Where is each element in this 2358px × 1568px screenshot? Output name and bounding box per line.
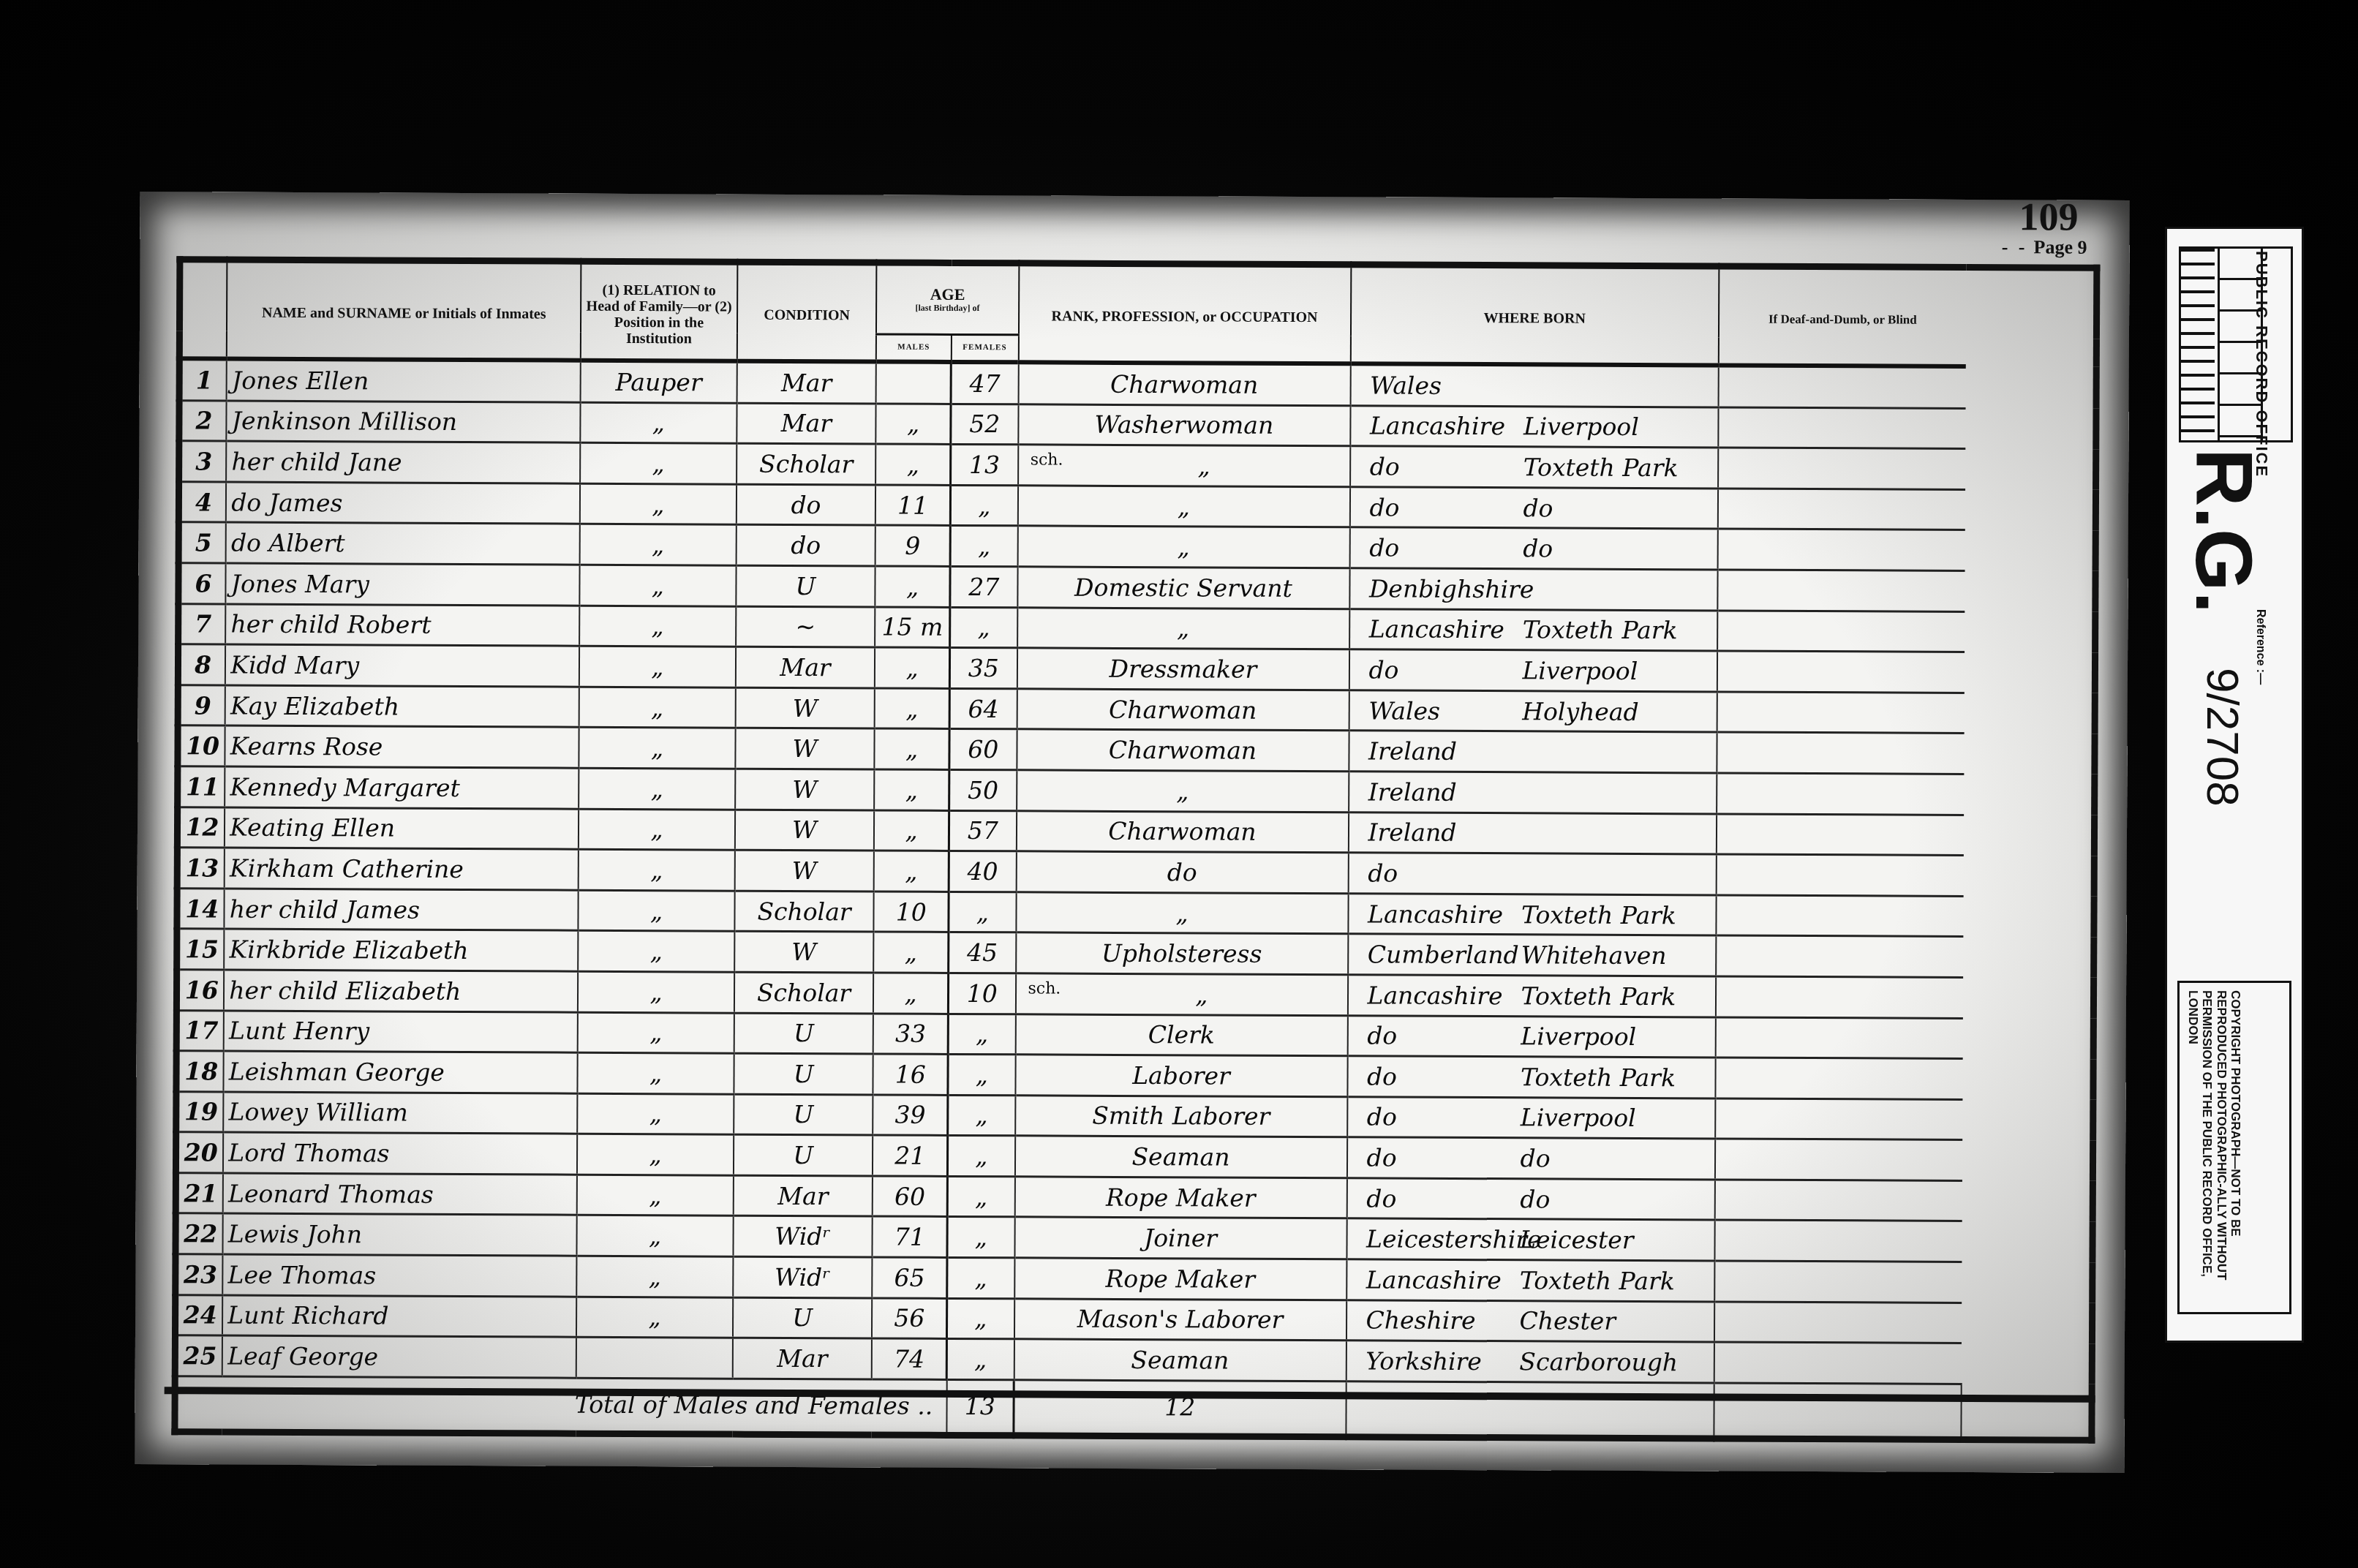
age-female: „ <box>947 1257 1014 1298</box>
where-born: doToxteth Park <box>1347 1056 1715 1098</box>
age-female: 27 <box>950 566 1017 607</box>
where-born: doLiverpool <box>1349 649 1717 692</box>
birth-county: do <box>1352 1103 1521 1132</box>
birth-place: Holyhead <box>1522 697 1639 726</box>
row-number: 23 <box>176 1254 223 1295</box>
row-number: 7 <box>178 603 226 644</box>
birth-place: Toxteth Park <box>1520 1266 1675 1295</box>
age-female: „ <box>946 1339 1014 1380</box>
condition: W <box>735 769 875 810</box>
row-number: 6 <box>178 563 226 604</box>
birth-county: do <box>1355 493 1523 522</box>
header-where-born: WHERE BORN <box>1350 265 1719 366</box>
age-female: 52 <box>951 404 1018 445</box>
inmate-name: Jones Mary <box>226 563 580 606</box>
occupation: Domestic Servant <box>1017 567 1349 609</box>
relation: „ <box>576 1297 733 1338</box>
header-row-number <box>179 260 227 359</box>
age-male: 60 <box>873 1176 948 1217</box>
row-number: 5 <box>178 522 226 563</box>
row-number: 17 <box>176 1010 224 1051</box>
inmate-name: Kirkham Catherine <box>225 848 579 890</box>
condition: U <box>733 1297 873 1338</box>
deaf-blind <box>1717 651 1965 693</box>
where-born: Ireland <box>1348 812 1716 854</box>
relation: „ <box>579 687 736 728</box>
age-female: 35 <box>950 648 1017 689</box>
relation: „ <box>579 606 736 647</box>
age-female: „ <box>949 892 1016 932</box>
series-code: R.G. <box>2183 448 2264 614</box>
birth-place: Chester <box>1520 1307 1616 1336</box>
birth-place: do <box>1523 494 1553 522</box>
age-female: 47 <box>951 362 1018 404</box>
occupation: do <box>1016 851 1348 894</box>
where-born: doLiverpool <box>1347 1096 1715 1139</box>
relation: „ <box>576 1256 733 1297</box>
deaf-blind <box>1717 570 1965 611</box>
age-female: 13 <box>951 445 1018 486</box>
occupation: sch.„ <box>1015 973 1347 1016</box>
birth-county: Lancashire <box>1352 981 1521 1010</box>
occupation: Charwoman <box>1018 362 1350 405</box>
age-male: „ <box>875 566 951 607</box>
scholar-mark: sch. <box>1028 979 1061 998</box>
condition: Mar <box>733 1338 873 1379</box>
age-male: „ <box>873 932 949 973</box>
where-born: LancashireToxteth Park <box>1346 1259 1714 1302</box>
condition: Widʳ <box>733 1256 873 1297</box>
birth-county: Ireland <box>1353 818 1521 848</box>
birth-county: Denbighshire <box>1355 574 1523 603</box>
occupation: Dressmaker <box>1017 648 1349 690</box>
relation: „ <box>579 728 735 769</box>
age-male: 74 <box>872 1338 947 1379</box>
age-female: 50 <box>949 769 1017 810</box>
totals-label: Total of Males and Females .. <box>175 1376 946 1436</box>
occupation: Charwoman <box>1017 689 1349 731</box>
birth-place: Liverpool <box>1521 1022 1636 1052</box>
where-born: LancashireToxteth Park <box>1349 608 1717 651</box>
census-rows: 1Jones EllenPauperMar47CharwomanWales2Je… <box>175 358 2096 1384</box>
relation: „ <box>579 849 735 891</box>
folio-number: 109 <box>2019 194 2079 239</box>
where-born: dodo <box>1349 527 1717 570</box>
occupation: sch.„ <box>1018 445 1350 487</box>
condition: do <box>737 484 876 525</box>
condition: Mar <box>736 647 875 687</box>
age-male: „ <box>876 404 952 445</box>
birth-place: do <box>1520 1185 1550 1213</box>
where-born: dodo <box>1349 487 1717 529</box>
header-age: AGE [last Birthday] of <box>876 263 1019 334</box>
birth-county: do <box>1352 1184 1520 1213</box>
age-female: 60 <box>949 729 1017 770</box>
where-born: dodo <box>1346 1137 1714 1180</box>
relation <box>576 1337 733 1379</box>
inmate-name: Leonard Thomas <box>223 1173 577 1215</box>
condition: Mar <box>734 1175 873 1216</box>
occupation: „ <box>1016 892 1348 935</box>
birth-county: do <box>1353 859 1521 888</box>
age-male: 10 <box>874 892 949 932</box>
age-female: 45 <box>949 932 1016 973</box>
birth-county: Ireland <box>1354 736 1522 766</box>
age-male: 71 <box>873 1216 948 1257</box>
where-born: Ireland <box>1349 731 1717 773</box>
birth-place: Toxteth Park <box>1521 1063 1676 1092</box>
birth-county: Lancashire <box>1355 615 1523 644</box>
age-male: „ <box>874 851 949 892</box>
deaf-blind <box>1715 1017 1963 1058</box>
scholar-mark: sch. <box>1031 451 1063 469</box>
where-born: WalesHolyhead <box>1349 690 1717 733</box>
occupation: „ <box>1017 486 1349 528</box>
birth-place: Liverpool <box>1522 656 1638 685</box>
ruler-ticks <box>2181 249 2215 440</box>
occupation: Clerk <box>1015 1014 1347 1056</box>
deaf-blind <box>1715 1139 1963 1180</box>
birth-county: do <box>1352 1143 1520 1172</box>
row-number: 11 <box>178 766 225 807</box>
deaf-blind <box>1718 365 1966 408</box>
occupation: Rope Maker <box>1014 1177 1346 1219</box>
deaf-blind <box>1718 448 1966 489</box>
inmate-name: Lee Thomas <box>223 1254 577 1297</box>
occupation: Joiner <box>1014 1217 1346 1259</box>
inmate-name: her child James <box>225 889 579 931</box>
inmate-name: Lewis John <box>223 1214 577 1256</box>
deaf-blind <box>1718 407 1966 449</box>
relation: „ <box>578 1052 734 1094</box>
age-female: „ <box>947 1298 1014 1339</box>
birth-place: Liverpool <box>1521 1104 1636 1133</box>
birth-county: Lancashire <box>1353 900 1521 929</box>
occupation: Washerwoman <box>1018 404 1350 446</box>
birth-county: Cheshire <box>1352 1306 1520 1335</box>
header-row: NAME and SURNAME or Initials of Inmates … <box>179 260 2096 339</box>
census-table: NAME and SURNAME or Initials of Inmates … <box>171 256 2100 1443</box>
deaf-blind <box>1717 814 1965 856</box>
total-males: 13 <box>946 1379 1014 1435</box>
where-born: Wales <box>1350 363 1718 407</box>
inmate-name: Lowey William <box>224 1092 578 1134</box>
where-born: do <box>1348 853 1716 895</box>
deaf-blind <box>1717 773 1965 815</box>
row-number: 4 <box>178 482 226 523</box>
header-males: MALES <box>876 334 952 362</box>
relation: „ <box>578 890 734 932</box>
row-number: 13 <box>177 848 225 889</box>
inmate-name: her child Robert <box>225 604 579 647</box>
relation: „ <box>579 565 736 606</box>
inmate-name: do James <box>226 482 580 524</box>
deaf-blind <box>1716 854 1964 896</box>
occupation: Mason's Laborer <box>1014 1298 1346 1341</box>
occupation: Seaman <box>1014 1136 1346 1178</box>
header-name: NAME and SURNAME or Initials of Inmates <box>227 260 581 361</box>
deaf-blind <box>1717 489 1965 530</box>
relation: „ <box>577 1093 734 1135</box>
totals-row: Total of Males and Females .. 13 12 <box>175 1376 2092 1440</box>
relation: „ <box>577 1215 734 1257</box>
age-male: 39 <box>873 1095 948 1136</box>
age-male: 65 <box>872 1257 947 1298</box>
copyright-notice: COPYRIGHT PHOTOGRAPH—NOT TO BE REPRODUCE… <box>2177 981 2291 1314</box>
age-female: „ <box>947 1176 1014 1217</box>
row-number: 15 <box>177 929 225 970</box>
birth-county: do <box>1355 533 1523 562</box>
occupation: Rope Maker <box>1014 1258 1346 1300</box>
inmate-name: Lunt Henry <box>224 1011 578 1053</box>
inmate-name: Leishman George <box>224 1051 578 1093</box>
row-number: 14 <box>177 889 225 930</box>
age-male: 9 <box>875 525 951 566</box>
piece-number: 9/2708 <box>2196 668 2248 807</box>
condition: Scholar <box>734 972 874 1013</box>
relation: „ <box>580 402 737 444</box>
row-number: 3 <box>179 441 227 482</box>
where-born: LancashireLiverpool <box>1350 405 1718 448</box>
where-born: YorkshireScarborough <box>1346 1341 1714 1383</box>
relation: „ <box>580 483 737 525</box>
age-male: 56 <box>872 1298 947 1339</box>
relation: „ <box>578 1012 734 1054</box>
relation: Pauper <box>581 361 737 403</box>
where-born: LancashireToxteth Park <box>1347 975 1715 1017</box>
where-born: LeicestershireLeicester <box>1346 1218 1714 1261</box>
row-number: 1 <box>179 358 227 400</box>
inmate-name: Keating Ellen <box>225 807 579 850</box>
inmate-name: Jones Ellen <box>227 359 581 402</box>
inmate-name: Kennedy Margaret <box>225 766 579 809</box>
birth-place: Toxteth Park <box>1521 900 1676 930</box>
where-born: dodo <box>1346 1178 1714 1221</box>
age-female: 57 <box>949 810 1017 851</box>
age-male: „ <box>875 688 950 729</box>
inmate-name: her child Jane <box>226 441 580 483</box>
inmate-name: Leaf George <box>222 1335 576 1378</box>
deaf-blind <box>1715 1098 1963 1140</box>
row-number: 9 <box>178 685 225 726</box>
inmate-name: Lunt Richard <box>222 1295 576 1338</box>
age-female: „ <box>950 607 1017 648</box>
header-occupation: RANK, PROFESSION, or OCCUPATION <box>1018 263 1351 363</box>
condition: W <box>735 810 875 851</box>
age-male: 15 m <box>875 607 950 648</box>
deaf-blind <box>1714 1220 1962 1262</box>
age-female: 10 <box>949 973 1016 1014</box>
birth-county: Yorkshire <box>1351 1346 1519 1376</box>
row-number: 20 <box>176 1132 223 1173</box>
deaf-blind <box>1717 529 1965 570</box>
condition: U <box>734 1094 873 1135</box>
birth-county: Wales <box>1354 696 1522 725</box>
age-female: „ <box>948 1095 1015 1136</box>
total-females: 12 <box>1014 1380 1346 1437</box>
age-female: „ <box>950 526 1017 567</box>
age-female: „ <box>948 1136 1015 1177</box>
where-born: LancashireToxteth Park <box>1348 894 1716 936</box>
where-born: Denbighshire <box>1349 568 1717 611</box>
deaf-blind <box>1715 1058 1963 1099</box>
reference-label: Reference :— <box>2253 609 2267 685</box>
age-female: „ <box>950 485 1017 526</box>
birth-place: Toxteth Park <box>1523 453 1679 482</box>
row-number: 21 <box>176 1173 223 1214</box>
age-male: „ <box>875 444 951 485</box>
header-condition: CONDITION <box>737 262 877 361</box>
deaf-blind <box>1716 895 1964 937</box>
birth-county: Lancashire <box>1355 412 1523 441</box>
condition: Mar <box>737 403 876 444</box>
birth-place: Scarborough <box>1519 1347 1678 1376</box>
archive-office-name: PUBLIC RECORD OFFICE <box>2252 251 2271 478</box>
condition: W <box>736 687 875 728</box>
inmate-name: Lord Thomas <box>223 1132 577 1175</box>
age-male: 16 <box>873 1054 949 1095</box>
age-male: „ <box>875 728 950 769</box>
age-male: „ <box>874 769 949 810</box>
relation: „ <box>577 1175 734 1216</box>
relation: „ <box>578 931 734 973</box>
row-number: 24 <box>175 1294 222 1335</box>
relation: „ <box>579 646 736 687</box>
header-relation: (1) RELATION to Head of Family—or (2) Po… <box>581 261 737 361</box>
row-number: 18 <box>176 1051 224 1092</box>
condition: Scholar <box>734 891 874 932</box>
occupation: Laborer <box>1015 1055 1347 1097</box>
birth-place: Leicester <box>1520 1226 1634 1255</box>
deaf-blind <box>1717 692 1965 734</box>
inmate-name: Kidd Mary <box>225 644 579 687</box>
inmate-name: her child Elizabeth <box>224 970 578 1012</box>
birth-county: do <box>1352 1022 1521 1051</box>
age-female: „ <box>948 1014 1015 1055</box>
age-male: „ <box>875 647 950 688</box>
age-male: 11 <box>875 485 951 526</box>
row-number: 2 <box>179 400 227 441</box>
birth-county: Wales <box>1355 371 1523 400</box>
where-born: CheshireChester <box>1346 1300 1714 1342</box>
deaf-blind <box>1716 935 1964 977</box>
condition: W <box>735 728 875 769</box>
deaf-blind <box>1714 1180 1962 1221</box>
condition: U <box>736 565 875 606</box>
birth-place: do <box>1523 534 1553 562</box>
condition: do <box>736 525 875 566</box>
birth-county: do <box>1352 1062 1521 1091</box>
occupation: „ <box>1017 526 1349 568</box>
birth-place: Liverpool <box>1523 412 1639 442</box>
condition: Widʳ <box>733 1216 873 1257</box>
birth-place: Toxteth Park <box>1521 981 1676 1011</box>
age-male: „ <box>874 810 949 851</box>
birth-place: do <box>1520 1144 1550 1172</box>
header-deaf-blind: If Deaf-and-Dumb, or Blind <box>1718 266 1966 366</box>
where-born: Ireland <box>1349 772 1717 814</box>
occupation: Upholsteress <box>1016 932 1348 975</box>
condition: W <box>734 931 874 972</box>
condition: U <box>734 1013 874 1054</box>
ruler-scale <box>2179 246 2293 442</box>
inmate-name: Kay Elizabeth <box>225 685 579 728</box>
deaf-blind <box>1714 1302 1962 1343</box>
page-number: - -Page 9 <box>2002 236 2087 259</box>
deaf-blind <box>1717 611 1965 652</box>
where-born: doLiverpool <box>1347 1015 1715 1058</box>
condition: ~ <box>736 606 875 647</box>
occupation: Smith Laborer <box>1015 1095 1347 1137</box>
where-born: CumberlandWhitehaven <box>1348 934 1716 976</box>
deaf-blind <box>1716 976 1964 1018</box>
row-number: 8 <box>178 644 225 685</box>
occupation: „ <box>1017 607 1349 649</box>
occupation: „ <box>1017 770 1349 813</box>
row-number: 16 <box>176 970 224 1011</box>
row-number: 19 <box>176 1091 224 1132</box>
header-females: FEMALES <box>951 334 1018 362</box>
relation: „ <box>578 971 734 1013</box>
age-female: 64 <box>949 688 1017 729</box>
age-female: „ <box>948 1054 1015 1095</box>
occupation: Seaman <box>1014 1339 1346 1382</box>
condition: U <box>734 1053 873 1094</box>
inmate-name: Jenkinson Millison <box>227 401 581 443</box>
occupation: Charwoman <box>1016 810 1348 853</box>
relation: „ <box>579 768 735 810</box>
row-number: 12 <box>177 807 225 848</box>
occupation: Charwoman <box>1017 729 1349 772</box>
age-female: 40 <box>949 851 1016 892</box>
inmate-name: Kearns Rose <box>225 725 579 768</box>
row-number: 22 <box>176 1213 223 1254</box>
deaf-blind <box>1714 1261 1962 1303</box>
birth-county: do <box>1354 655 1522 685</box>
relation: „ <box>580 524 737 566</box>
where-born: doToxteth Park <box>1350 446 1718 489</box>
age-female: „ <box>947 1217 1014 1258</box>
birth-place: Whitehaven <box>1521 941 1667 970</box>
age-male: 21 <box>873 1135 948 1176</box>
birth-county: Cumberland <box>1353 940 1521 969</box>
census-page: 109 - -Page 9 NAME and SURNAME or Initia… <box>135 192 2130 1473</box>
relation: „ <box>580 442 737 484</box>
row-number: 10 <box>178 725 225 766</box>
archive-reference-card: PUBLIC RECORD OFFICE Reference :— R.G. 9… <box>2165 227 2304 1343</box>
age-male: 33 <box>873 1013 949 1054</box>
birth-county: Lancashire <box>1352 1265 1520 1294</box>
relation: „ <box>579 809 735 851</box>
birth-county: Leicestershire <box>1352 1225 1520 1254</box>
birth-county: do <box>1355 452 1523 481</box>
age-male: „ <box>873 973 949 1014</box>
condition: Mar <box>737 361 876 404</box>
deaf-blind <box>1714 1342 1962 1384</box>
birth-county: Ireland <box>1354 777 1522 807</box>
condition: W <box>735 850 875 891</box>
birth-place: Toxteth Park <box>1523 616 1678 645</box>
relation: „ <box>577 1134 734 1175</box>
inmate-name: Kirkbride Elizabeth <box>224 929 578 971</box>
age-male <box>876 361 952 404</box>
deaf-blind <box>1717 732 1965 774</box>
condition: Scholar <box>737 443 876 484</box>
row-number: 25 <box>175 1335 222 1376</box>
condition: U <box>734 1134 873 1175</box>
inmate-name: do Albert <box>226 522 580 565</box>
